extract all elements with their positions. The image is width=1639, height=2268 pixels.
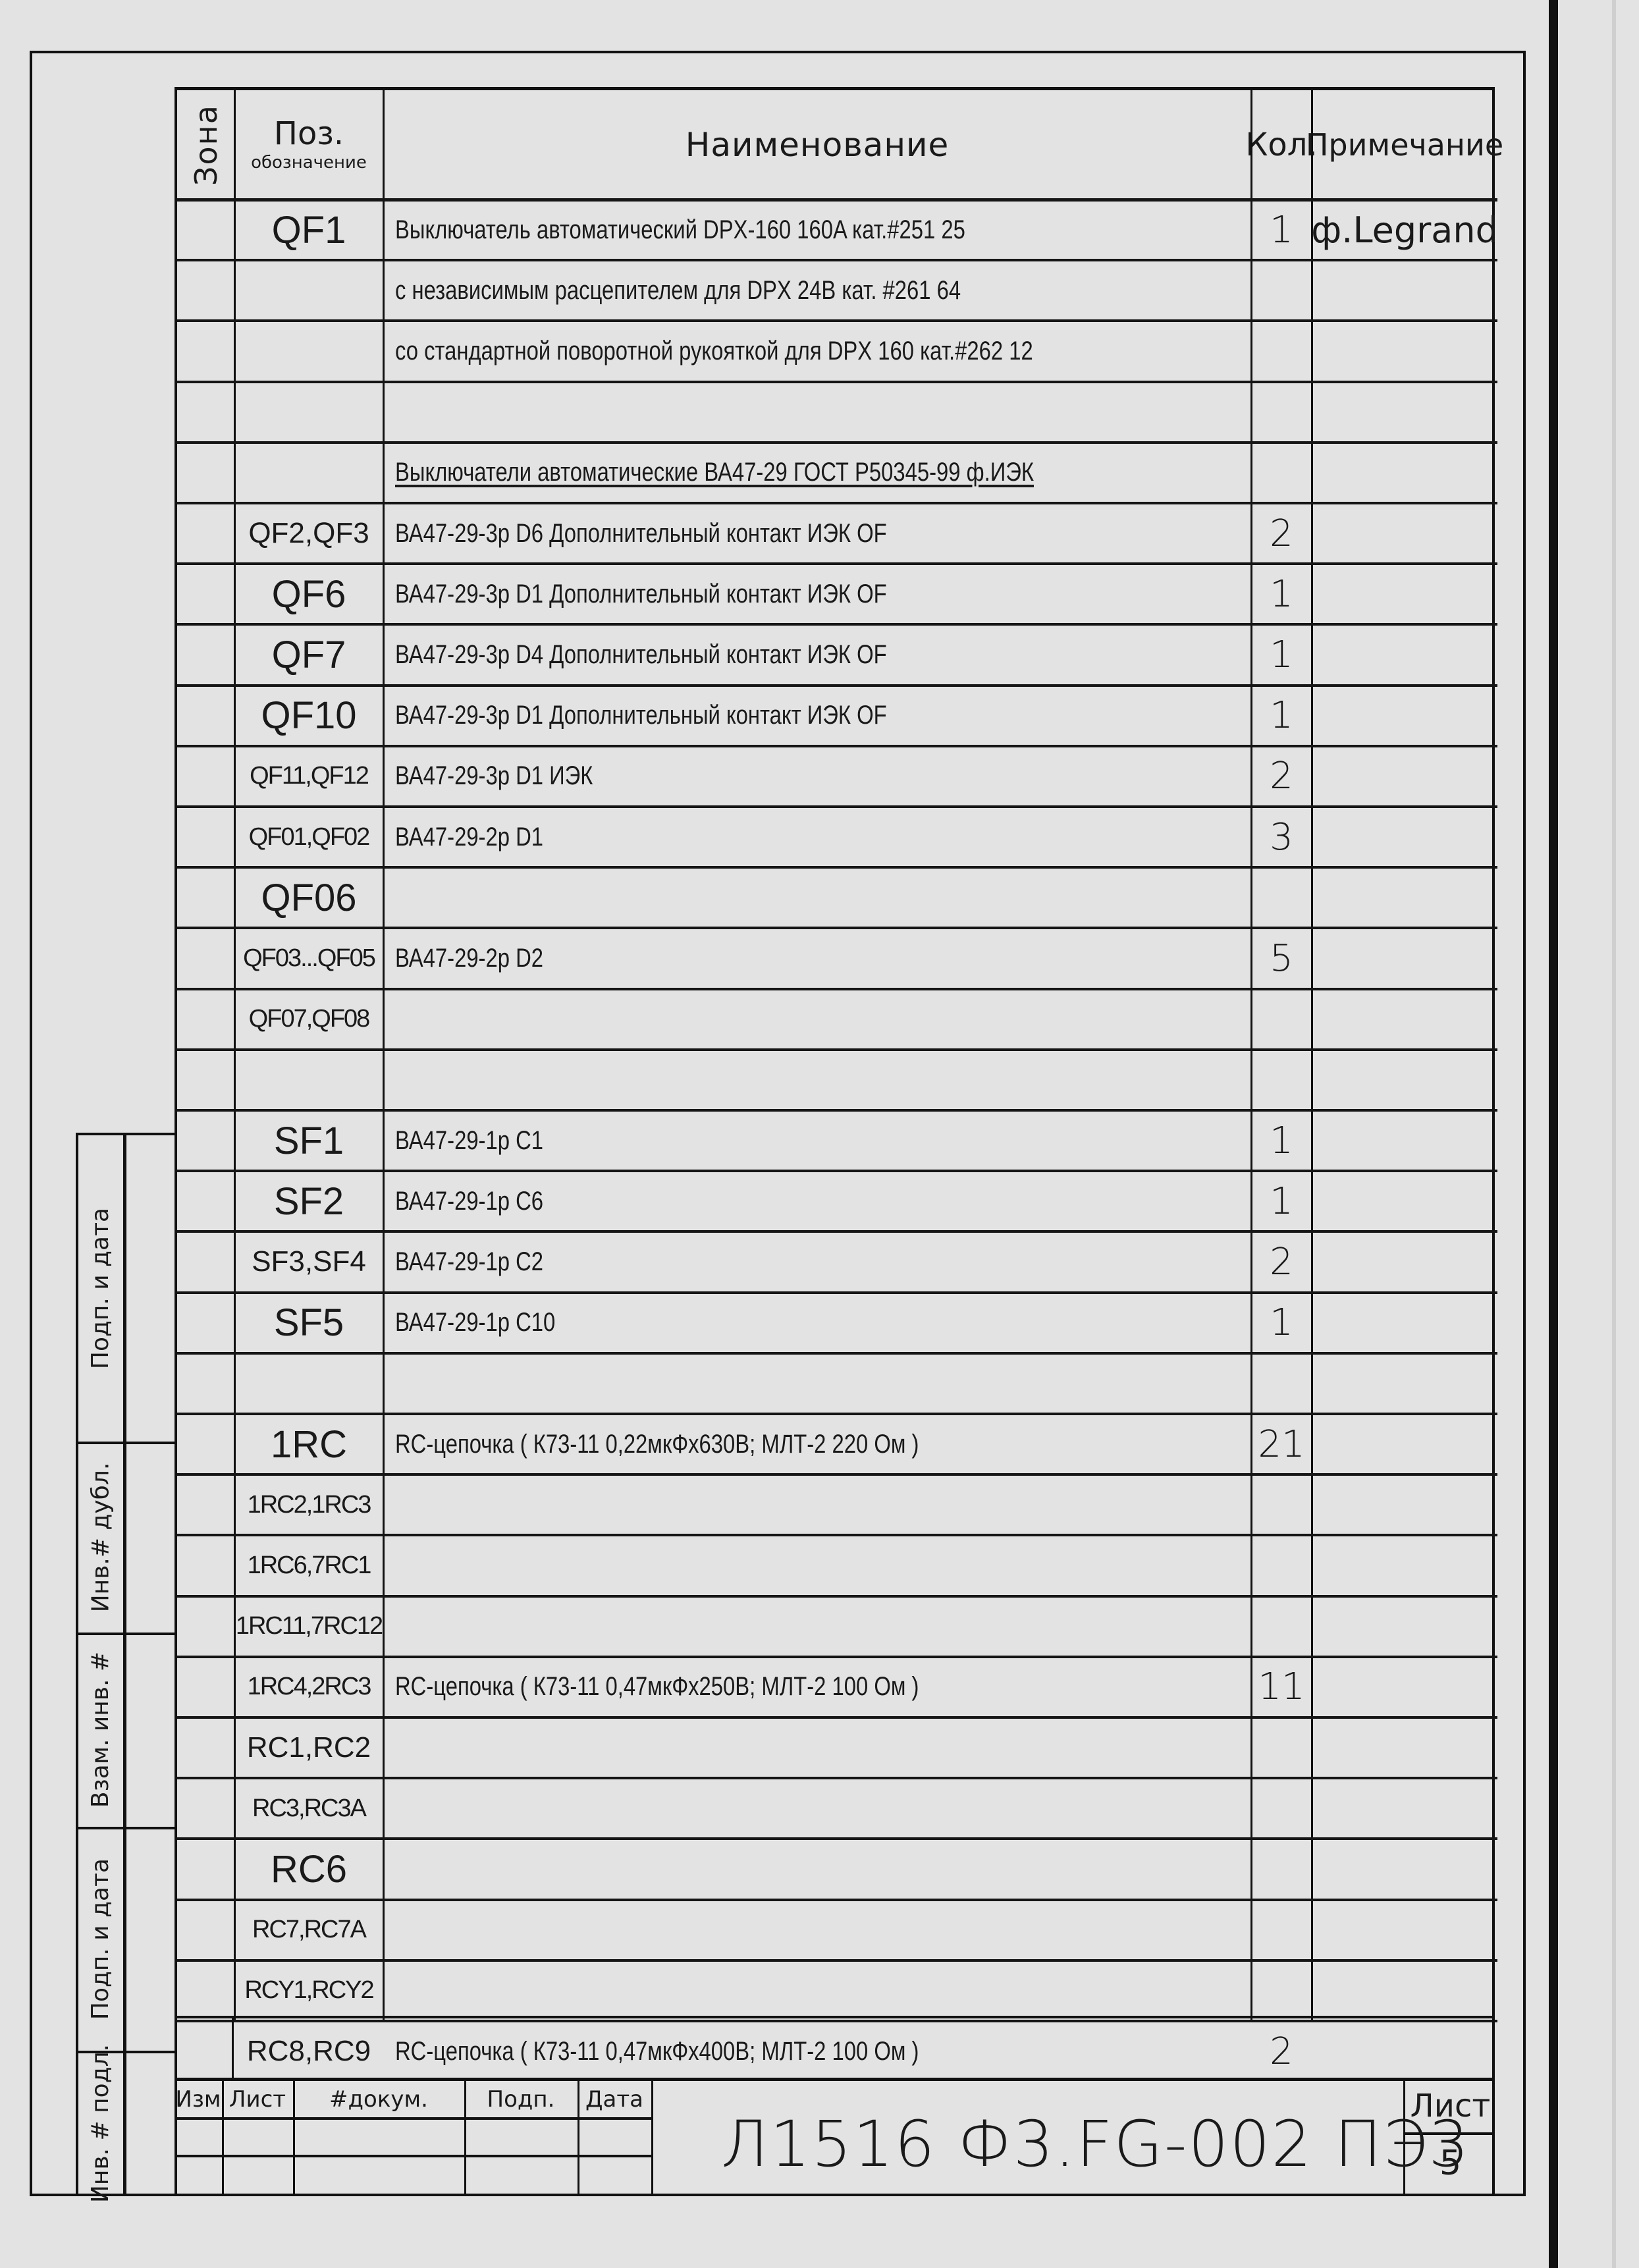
position-designator: QF07,QF08 (249, 1005, 369, 1033)
cell-name: со стандартной поворотной рукояткой для … (383, 321, 1263, 381)
scan-edge (1549, 0, 1558, 2268)
side-stamp-divider (78, 1442, 177, 1444)
side-stamp-cell: Инв.# дубл. (78, 1442, 123, 1633)
header-qty: Кол. (1251, 90, 1312, 200)
cell-name (383, 867, 1263, 928)
cell-note (1312, 1231, 1497, 1292)
position-designator: 1RC2,1RC3 (248, 1491, 371, 1519)
item-name: ВА47-29-1р С2 (395, 1247, 543, 1277)
cell-qty: 5 (1251, 928, 1312, 988)
cell-position: QF07,QF08 (234, 989, 383, 1050)
item-name: ВА47-29-1р С10 (395, 1308, 555, 1337)
item-name: ВА47-29-3р D1 Дополнительный контакт ИЭК… (395, 580, 887, 609)
cell-qty (1251, 1535, 1312, 1596)
cell-note (1312, 503, 1497, 564)
cell-name: RC-цепочка ( К73-11 0,47мкФх400В; МЛТ-2 … (383, 2021, 1263, 2082)
cell-qty (1251, 1839, 1312, 1899)
cell-qty (1251, 867, 1312, 928)
item-name: RC-цепочка ( К73-11 0,47мкФх250В; МЛТ-2 … (395, 1672, 919, 1702)
cell-qty (1251, 443, 1312, 503)
cell-note (1312, 624, 1497, 685)
cell-note (1312, 1596, 1497, 1657)
cell-note (1312, 1171, 1497, 1231)
cell-name: ВА47-29-1р С10 (383, 1293, 1263, 1353)
table-row: SF1ВА47-29-1р С11 (177, 1110, 1492, 1171)
side-stamp-label: Подп. и дата (88, 1208, 115, 1369)
item-name: ВА47-29-3р D6 Дополнительный контакт ИЭК… (395, 519, 887, 549)
position-designator: SF5 (274, 1301, 344, 1345)
cell-note (1312, 1293, 1497, 1353)
cell-note (1312, 1535, 1497, 1596)
title-col-signature: Подп. (464, 2081, 578, 2117)
cell-position: SF2 (234, 1171, 383, 1231)
table-row: QF1Выключатель автоматический DPX-160 16… (177, 200, 1492, 260)
cell-note (1312, 2021, 1497, 2082)
cell-position: QF01,QF02 (234, 807, 383, 867)
position-designator: RC8,RC9 (247, 2035, 371, 2068)
table-row: 1RC6,7RC1 (177, 1535, 1492, 1596)
cell-qty: 1 (1251, 200, 1312, 260)
cell-name (383, 1778, 1263, 1839)
cell-position: RC6 (234, 1839, 383, 1899)
position-designator: RC3,RC3A (252, 1795, 365, 1823)
cell-position (234, 1050, 383, 1110)
cell-position: 1RC4,2RC3 (234, 1657, 383, 1717)
table-row: SF2ВА47-29-1р С61 (177, 1171, 1492, 1231)
position-designator: SF2 (274, 1179, 344, 1224)
item-name: Выключатель автоматический DPX-160 160A … (395, 215, 965, 245)
cell-note (1312, 867, 1497, 928)
title-col-sheet: Лист (222, 2081, 293, 2117)
cell-qty (1251, 1960, 1312, 2021)
stamp-right-border (1492, 2018, 1495, 2081)
table-row: RC3,RC3A (177, 1778, 1492, 1839)
cell-position (234, 382, 383, 443)
cell-position: RC7,RC7A (234, 1900, 383, 1960)
cell-name (383, 1900, 1263, 1960)
cell-name: RC-цепочка ( К73-11 0,47мкФх250В; МЛТ-2 … (383, 1657, 1263, 1717)
cell-qty (1251, 382, 1312, 443)
cell-note (1312, 1717, 1497, 1778)
title-col-date: Дата (578, 2081, 651, 2117)
side-stamp-cell: Подп. и дата (78, 1827, 123, 2051)
cell-note (1312, 1657, 1497, 1717)
cell-position: QF1 (234, 200, 383, 260)
header-position: Поз. обозначение (234, 90, 383, 200)
side-stamp: Подп. и датаИнв.# дубл.Взам. инв. #Подп.… (76, 1133, 175, 2196)
item-name: со стандартной поворотной рукояткой для … (395, 337, 1033, 366)
cell-note (1312, 1414, 1497, 1474)
table-row: 1RC2,1RC3 (177, 1474, 1492, 1535)
cell-qty (1251, 1353, 1312, 1414)
cell-name (383, 989, 1263, 1050)
specification-table: Зона Поз. обозначение Наименование Кол. … (175, 87, 1495, 2018)
cell-qty: 21 (1251, 1414, 1312, 1474)
cell-qty (1251, 1474, 1312, 1535)
cell-note (1312, 1960, 1497, 2021)
cell-position: 1RC11,7RC12 (234, 1596, 383, 1657)
position-designator: RC6 (271, 1847, 347, 1891)
cell-note (1312, 1353, 1497, 1414)
position-designator: QF1 (272, 208, 346, 252)
cell-name (383, 1960, 1263, 2021)
table-row: SF5ВА47-29-1р С101 (177, 1293, 1492, 1353)
table-row: QF6ВА47-29-3р D1 Дополнительный контакт … (177, 564, 1492, 624)
cell-qty (1251, 1900, 1312, 1960)
position-designator: 1RC (271, 1422, 347, 1467)
table-row: RC7,RC7A (177, 1900, 1492, 1960)
side-stamp-label: Взам. инв. # (88, 1652, 115, 1808)
table-row (177, 1353, 1492, 1414)
cell-qty (1251, 1717, 1312, 1778)
stamp-left-border (175, 2018, 177, 2196)
cell-name (383, 382, 1263, 443)
title-block: Изм Лист #докум. Подп. Дата Л1516 Ф3.FG-… (175, 2078, 1495, 2196)
cell-position: QF06 (234, 867, 383, 928)
cell-position: 1RC6,7RC1 (234, 1535, 383, 1596)
table-row (177, 1050, 1492, 1110)
position-designator: QF01,QF02 (249, 823, 369, 851)
cell-position: SF5 (234, 1293, 383, 1353)
item-name: ВА47-29-2р D1 (395, 823, 543, 852)
position-designator: SF3,SF4 (252, 1245, 366, 1278)
header-name: Наименование (383, 90, 1251, 200)
cell-name: ВА47-29-2р D1 (383, 807, 1263, 867)
table-row: Выключатели автоматические ВА47-29 ГОСТ … (177, 443, 1492, 503)
cell-note (1312, 1900, 1497, 1960)
cell-position (234, 260, 383, 321)
cell-note (1312, 382, 1497, 443)
cell-qty: 1 (1251, 1293, 1312, 1353)
position-designator: QF10 (261, 693, 356, 738)
table-row: QF11,QF12ВА47-29-3р D1 ИЭК2 (177, 746, 1492, 807)
side-stamp-divider (78, 1633, 177, 1635)
cell-note (1312, 928, 1497, 988)
cell-name: ВА47-29-3р D4 Дополнительный контакт ИЭК… (383, 624, 1263, 685)
cell-note (1312, 564, 1497, 624)
table-row: QF2,QF3ВА47-29-3р D6 Дополнительный конт… (177, 503, 1492, 564)
cell-qty (1251, 1778, 1312, 1839)
cell-qty: 2 (1251, 1231, 1312, 1292)
cell-position: SF1 (234, 1110, 383, 1171)
cell-qty: 3 (1251, 807, 1312, 867)
cell-name: Выключатель автоматический DPX-160 160A … (383, 200, 1263, 260)
cell-name (383, 1839, 1263, 1899)
cell-qty: 2 (1251, 746, 1312, 807)
table-row (177, 382, 1492, 443)
position-designator: QF7 (272, 633, 346, 677)
table-row: с независимым расцепителем для DPX 24В к… (177, 260, 1492, 321)
item-name: ВА47-29-3р D1 ИЭК (395, 761, 593, 791)
cell-position: 1RC (234, 1414, 383, 1474)
sheet-label: Лист (1406, 2088, 1495, 2124)
cell-name: ВА47-29-3р D1 ИЭК (383, 746, 1263, 807)
position-designator: QF06 (261, 876, 356, 920)
side-stamp-divider (78, 2051, 177, 2053)
cell-note (1312, 1110, 1497, 1171)
cell-qty (1251, 321, 1312, 381)
cell-qty: 1 (1251, 624, 1312, 685)
cell-note (1312, 1474, 1497, 1535)
table-row: QF10ВА47-29-3р D1 Дополнительный контакт… (177, 686, 1492, 746)
cell-name: Выключатели автоматические ВА47-29 ГОСТ … (383, 443, 1263, 503)
header-note: Примечание (1312, 90, 1497, 200)
zone-divider-extension (232, 2018, 234, 2079)
item-name: ВА47-29-1р С1 (395, 1126, 543, 1156)
cell-name: ВА47-29-2р D2 (383, 928, 1263, 988)
table-row: RC6 (177, 1839, 1492, 1899)
table-row: QF7ВА47-29-3р D4 Дополнительный контакт … (177, 624, 1492, 685)
cell-name: ВА47-29-1р С1 (383, 1110, 1263, 1171)
cell-position: SF3,SF4 (234, 1231, 383, 1292)
position-designator: QF11,QF12 (250, 762, 368, 790)
cell-qty (1251, 1050, 1312, 1110)
cell-position: RC8,RC9 (234, 2021, 383, 2082)
table-row: со стандартной поворотной рукояткой для … (177, 321, 1492, 381)
item-name: RC-цепочка ( К73-11 0,47мкФх400В; МЛТ-2 … (395, 2037, 919, 2066)
side-stamp-divider (123, 1135, 126, 2194)
header-position-label: Поз. (274, 116, 344, 151)
position-designator: 1RC6,7RC1 (248, 1552, 371, 1580)
cell-position: 1RC2,1RC3 (234, 1474, 383, 1535)
side-stamp-label: Инв. # подл. (88, 2044, 115, 2203)
cell-name: RC-цепочка ( К73-11 0,22мкФх630В; МЛТ-2 … (383, 1414, 1263, 1474)
item-name: с независимым расцепителем для DPX 24В к… (395, 276, 961, 306)
cell-qty: 1 (1251, 1110, 1312, 1171)
cell-qty: 1 (1251, 686, 1312, 746)
item-name: Выключатели автоматические ВА47-29 ГОСТ … (395, 458, 1034, 487)
cell-position: RC1,RC2 (234, 1717, 383, 1778)
title-col-change: Изм (175, 2081, 222, 2117)
cell-note (1312, 1839, 1497, 1899)
cell-note (1312, 989, 1497, 1050)
cell-note: ф.Legrand (1312, 200, 1497, 260)
position-designator: RC7,RC7A (252, 1916, 365, 1944)
cell-position: RCY1,RCY2 (234, 1960, 383, 2021)
cell-qty: 11 (1251, 1657, 1312, 1717)
cell-note (1312, 1050, 1497, 1110)
cell-name (383, 1353, 1263, 1414)
cell-name (383, 1474, 1263, 1535)
cell-qty: 1 (1251, 1171, 1312, 1231)
header-zone: Зона (177, 90, 234, 200)
cell-note (1312, 746, 1497, 807)
cell-note (1312, 260, 1497, 321)
item-name: ВА47-29-3р D1 Дополнительный контакт ИЭК… (395, 701, 887, 730)
cell-name: с независимым расцепителем для DPX 24В к… (383, 260, 1263, 321)
cell-name: ВА47-29-3р D1 Дополнительный контакт ИЭК… (383, 686, 1263, 746)
table-row: QF06 (177, 867, 1492, 928)
header-zone-label: Зона (188, 104, 224, 186)
position-designator: RC1,RC2 (247, 1731, 371, 1764)
cell-name: ВА47-29-1р С2 (383, 1231, 1263, 1292)
cell-position (234, 443, 383, 503)
cell-qty (1251, 989, 1312, 1050)
cell-name (383, 1535, 1263, 1596)
header-designation-label: обозначение (251, 151, 367, 174)
document-code: Л1516 Ф3.FG-002 ПЭ3 (721, 2107, 1470, 2181)
position-designator: RCY1,RCY2 (244, 1976, 373, 2005)
cell-position: QF6 (234, 564, 383, 624)
item-name: ВА47-29-3р D4 Дополнительный контакт ИЭК… (395, 640, 887, 670)
position-designator: QF03...QF05 (243, 944, 375, 973)
cell-position: QF11,QF12 (234, 746, 383, 807)
cell-note (1312, 443, 1497, 503)
position-designator: QF6 (272, 572, 346, 616)
cell-qty: 2 (1251, 2021, 1312, 2082)
cell-note (1312, 1778, 1497, 1839)
table-row: QF07,QF08 (177, 989, 1492, 1050)
cell-position: QF2,QF3 (234, 503, 383, 564)
cell-note (1312, 321, 1497, 381)
cell-name (383, 1717, 1263, 1778)
cell-qty (1251, 260, 1312, 321)
cell-qty (1251, 1596, 1312, 1657)
item-name: ВА47-29-2р D2 (395, 944, 543, 973)
item-name: ВА47-29-1р С6 (395, 1187, 543, 1216)
position-designator: SF1 (274, 1119, 344, 1163)
cell-position: QF10 (234, 686, 383, 746)
table-row: QF01,QF02ВА47-29-2р D13 (177, 807, 1492, 867)
scan-edge-light (1612, 0, 1616, 2268)
table-row: QF03...QF05ВА47-29-2р D25 (177, 928, 1492, 988)
item-name: RC-цепочка ( К73-11 0,22мкФх630В; МЛТ-2 … (395, 1430, 919, 1459)
cell-note (1312, 686, 1497, 746)
side-stamp-cell: Подп. и дата (78, 1135, 123, 1442)
table-row: RCY1,RCY2 (177, 1960, 1492, 2021)
table-row: RC1,RC2 (177, 1717, 1492, 1778)
position-designator: 1RC11,7RC12 (236, 1612, 382, 1640)
table-row: RC8,RC9RC-цепочка ( К73-11 0,47мкФх400В;… (177, 2021, 1492, 2082)
cell-position (234, 321, 383, 381)
table-row: 1RC11,7RC12 (177, 1596, 1492, 1657)
position-designator: QF2,QF3 (248, 517, 369, 550)
side-stamp-cell: Инв. # подл. (78, 2051, 123, 2196)
cell-name (383, 1050, 1263, 1110)
side-stamp-divider (78, 1827, 177, 1829)
cell-position (234, 1353, 383, 1414)
cell-qty: 1 (1251, 564, 1312, 624)
table-row: 1RC4,2RC3RC-цепочка ( К73-11 0,47мкФх250… (177, 1657, 1492, 1717)
title-col-doc-number: #докум. (293, 2081, 464, 2117)
cell-position: QF7 (234, 624, 383, 685)
side-stamp-label: Инв.# дубл. (88, 1462, 115, 1612)
side-stamp-label: Подп. и дата (88, 1858, 115, 2019)
cell-note (1312, 807, 1497, 867)
cell-name: ВА47-29-3р D1 Дополнительный контакт ИЭК… (383, 564, 1263, 624)
table-row: SF3,SF4ВА47-29-1р С22 (177, 1231, 1492, 1292)
cell-position: RC3,RC3A (234, 1778, 383, 1839)
cell-name: ВА47-29-1р С6 (383, 1171, 1263, 1231)
table-row: 1RCRC-цепочка ( К73-11 0,22мкФх630В; МЛТ… (177, 1414, 1492, 1474)
position-designator: 1RC4,2RC3 (248, 1673, 371, 1701)
side-stamp-cell: Взам. инв. # (78, 1633, 123, 1827)
cell-name (383, 1596, 1263, 1657)
cell-position: QF03...QF05 (234, 928, 383, 988)
cell-name: ВА47-29-3р D6 Дополнительный контакт ИЭК… (383, 503, 1263, 564)
cell-qty: 2 (1251, 503, 1312, 564)
sheet-number: 5 (1406, 2144, 1495, 2183)
